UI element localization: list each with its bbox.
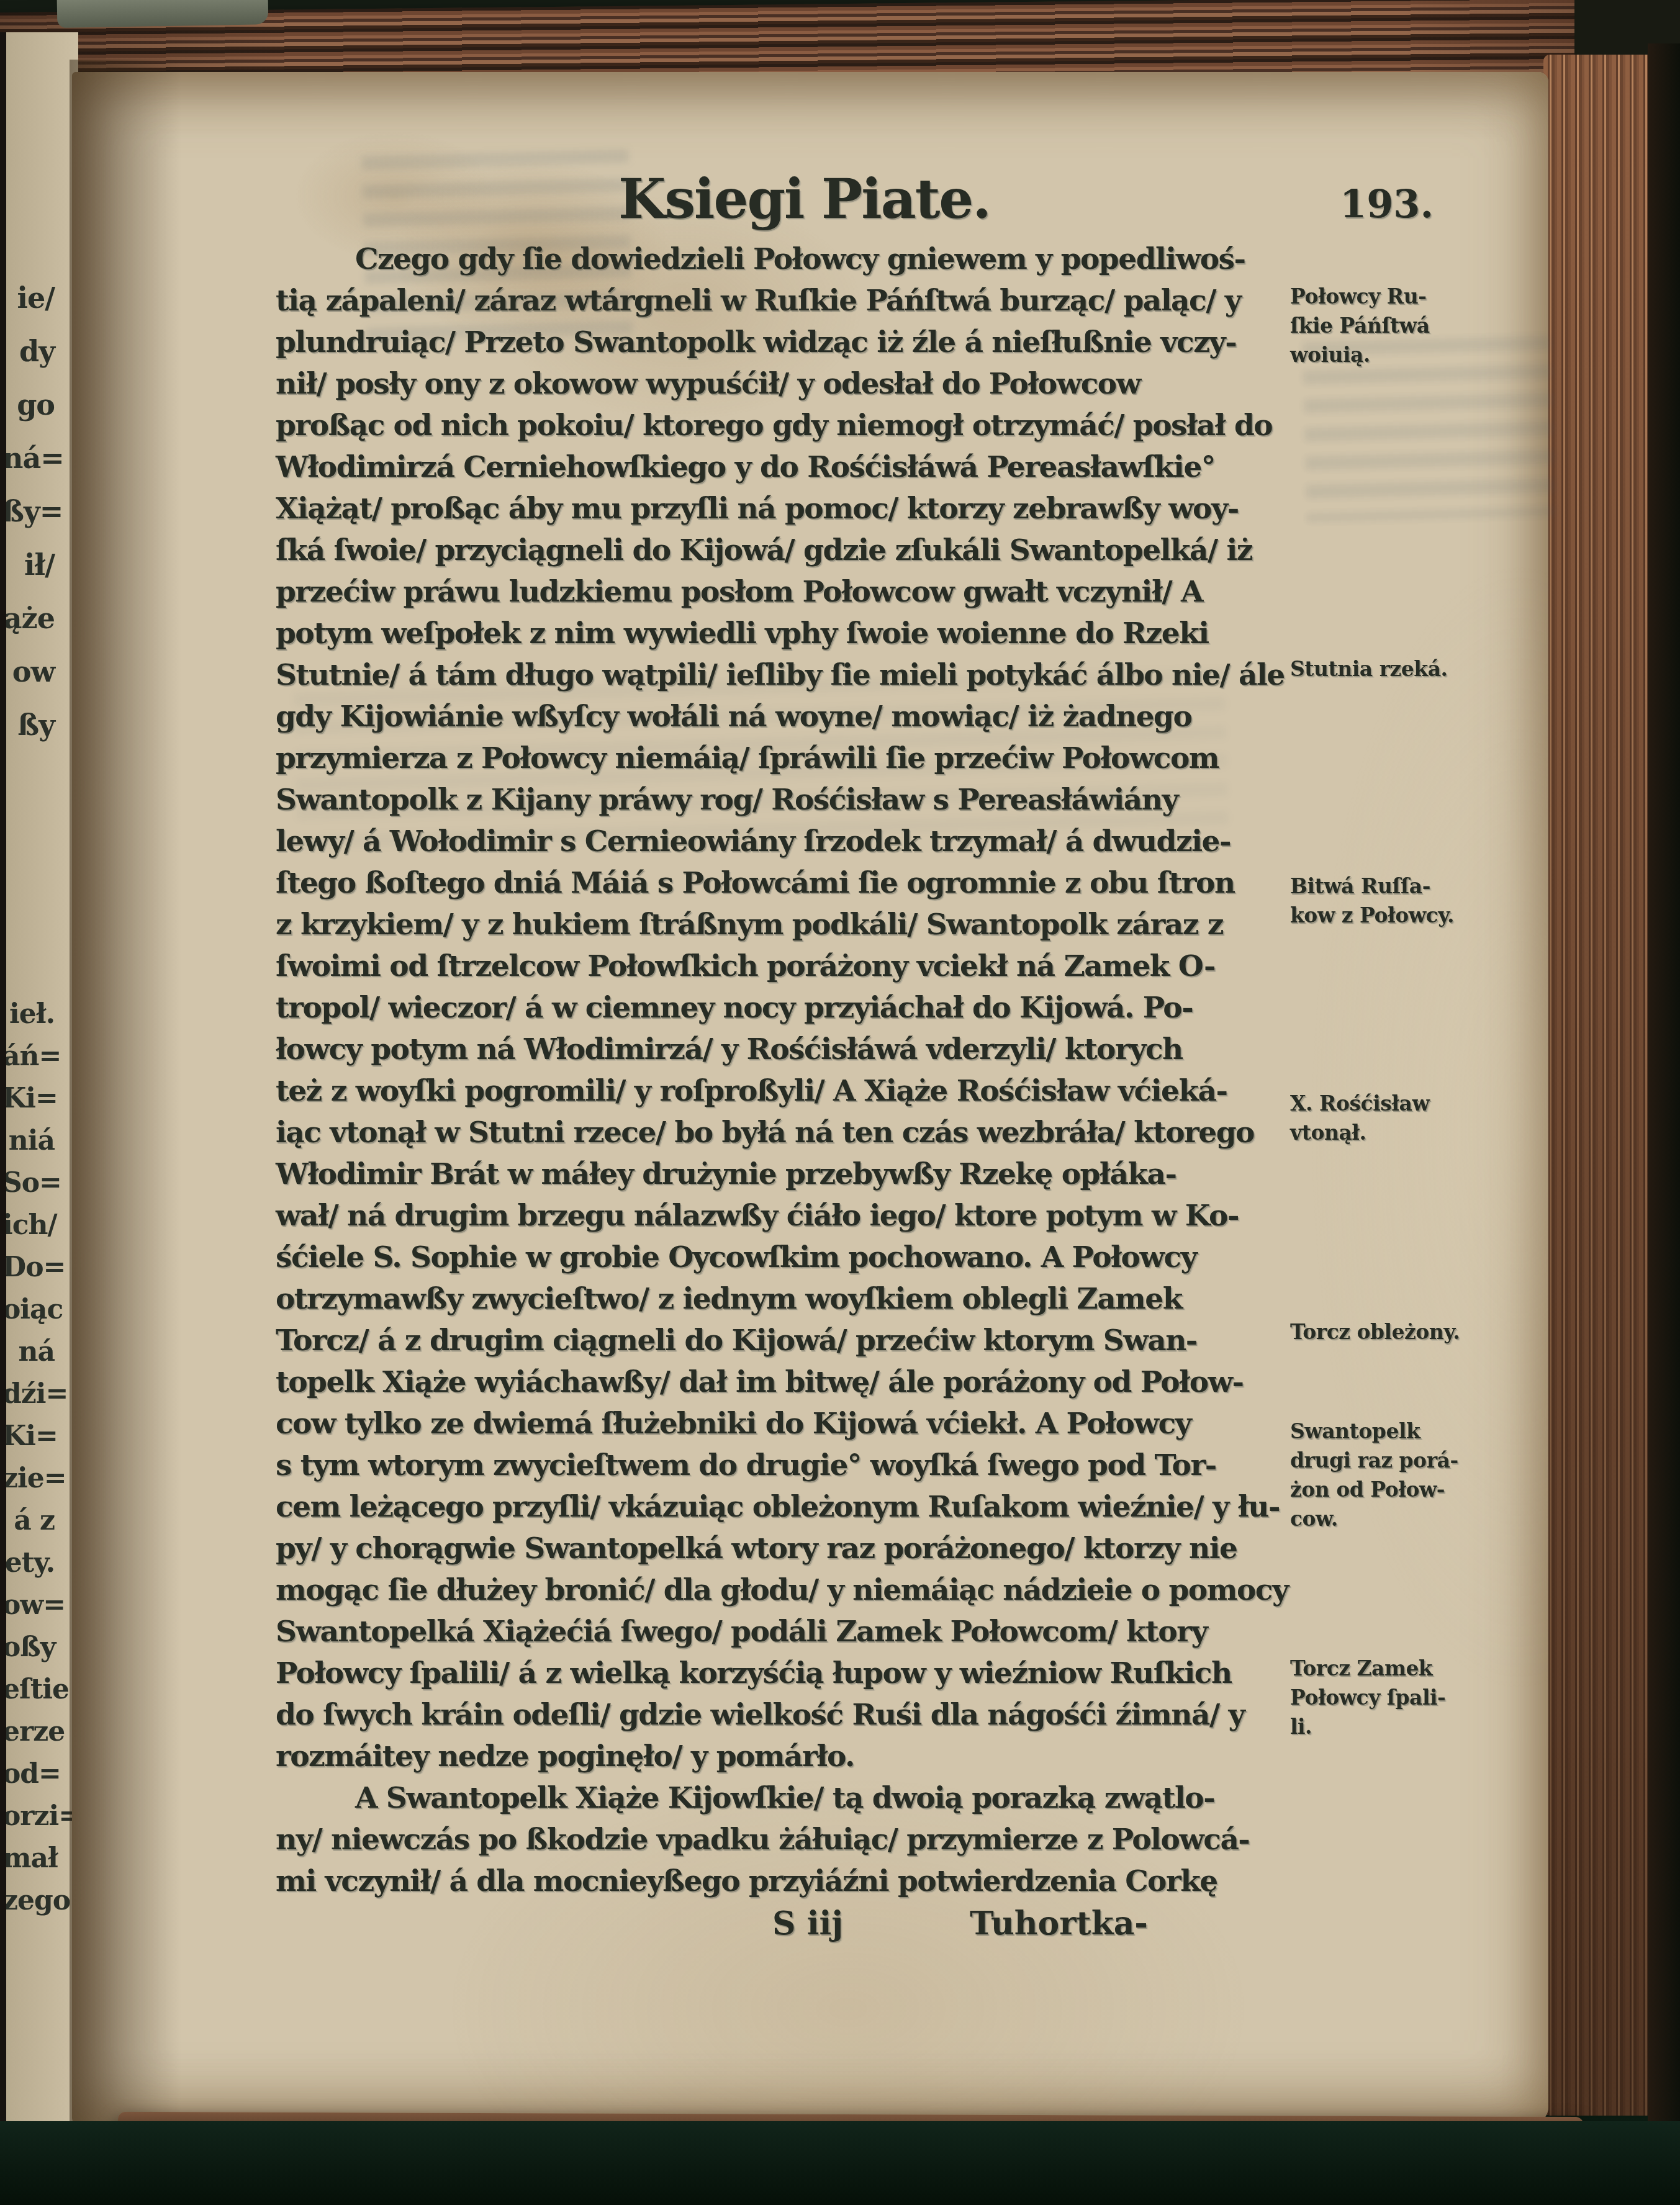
facing-page-text-fragment: ich/ (2, 1204, 55, 1247)
facing-page-text-fragment: zie= (2, 1458, 55, 1500)
facing-page-text-fragment: oßy (2, 1626, 55, 1669)
page-number: 193. (1340, 181, 1434, 227)
body-text-line: wał/ ná drugim brzegu nálazwßy ćiáło ieg… (276, 1195, 1300, 1237)
facing-page-text-fragment: Ki= (2, 1078, 55, 1120)
facing-page-text-fragment: mał (2, 1837, 55, 1880)
margin-note: Połowcy Ru- ſkie Páńſtwá woiuią. (1290, 282, 1588, 369)
margin-note-line: Swantopelk (1290, 1417, 1588, 1446)
facing-page-text-fragment: ieł. (2, 993, 55, 1035)
margin-note-line: Połowcy ſpali- (1290, 1683, 1588, 1712)
body-text-line: mi vczynił/ á dla mocnieyßego przyiáźni … (276, 1860, 1300, 1902)
facing-page-text-fragment: Do= (2, 1247, 55, 1289)
facing-page-text-fragments-upper: ie/ dy go ná= ßy= ił/ ąże ow ßy (2, 271, 55, 752)
margin-note-line: żon od Połow- (1290, 1475, 1588, 1504)
facing-page-text-fragment: á z (2, 1500, 55, 1542)
body-text-line: przymierza z Połowcy niemáią/ ſpráwili ſ… (276, 737, 1300, 779)
margin-note-line: X. Rośćisław (1290, 1089, 1588, 1118)
body-text-line: przećiw práwu ludzkiemu posłom Połowcow … (276, 571, 1300, 613)
facing-page-text-fragment: ił/ (2, 538, 55, 592)
body-text-line: py/ y chorągwie Swantopelká wtory raz po… (276, 1528, 1300, 1569)
body-text-line: ny/ niewczás po ßkodzie vpadku żáłuiąc/ … (276, 1819, 1300, 1860)
body-text: Czego gdy ſie dowiedzieli Połowcy gniewe… (276, 238, 1300, 1902)
margin-note-line: Torcz Zamek (1290, 1654, 1588, 1683)
facing-page-text-fragment: od= (2, 1753, 55, 1795)
facing-page-text-fragment: ety. (2, 1542, 55, 1584)
margin-note: Torcz Zamek Połowcy ſpali- li. (1290, 1654, 1588, 1741)
body-text-line: lewy/ á Wołodimir s Cernieowiány ſrzodek… (276, 821, 1300, 862)
facing-page-text-fragment: ná (2, 1331, 55, 1373)
margin-note: Torcz obleżony. (1290, 1317, 1588, 1346)
facing-page-text-fragment: ąże (2, 592, 55, 645)
signature-mark: S iij (772, 1905, 843, 1942)
body-text-line: Xiążąt/ proßąc áby mu przyſli ná pomoc/ … (276, 488, 1300, 530)
margin-note: Bitwá Ruſſa- kow z Połowcy. (1290, 872, 1588, 930)
facing-page-text-fragment: go (2, 378, 55, 431)
margin-note-line: Torcz obleżony. (1290, 1317, 1588, 1346)
body-text-line: ſwoimi od ſtrzelcow Połowſkich poráżony … (276, 945, 1300, 987)
margin-note-line: Stutnia rzeká. (1290, 654, 1588, 683)
facing-page-text-fragment: ßy= (2, 485, 55, 538)
margin-note-line: cow. (1290, 1504, 1588, 1533)
facing-page-text-fragment: eſtie (2, 1669, 55, 1711)
facing-page-text-fragment: zego (2, 1880, 55, 1922)
body-text-line: śćiele S. Sophie w grobie Oycowſkim poch… (276, 1237, 1300, 1278)
facing-page-text-fragment: orzi= (2, 1795, 55, 1837)
facing-page-text-fragments-lower: ieł. áń= Ki= niá So= ich/ Do= oiąc ná dź… (2, 993, 55, 1922)
facing-page-text-fragment: Ki= (2, 1415, 55, 1458)
catchword: Tuhortka- (970, 1905, 1148, 1942)
facing-page-text-fragment: áń= (2, 1035, 55, 1078)
margin-note-line: ſkie Páńſtwá (1290, 311, 1588, 340)
margin-note-line: woiuią. (1290, 340, 1588, 369)
body-text-line: nił/ posły ony z okowow wypuśćił/ y odes… (276, 363, 1300, 405)
margin-note-line: li. (1290, 1712, 1588, 1741)
margin-note: X. Rośćisław vtonął. (1290, 1089, 1588, 1147)
body-text-line: topelk Xiąże wyiáchawßy/ dał im bitwę/ á… (276, 1361, 1300, 1403)
facing-page-text-fragment: dźi= (2, 1373, 55, 1415)
body-text-line: cow tylko ze dwiemá ſłużebniki do Kijowá… (276, 1403, 1300, 1445)
body-text-line: s tym wtorym zwycieſtwem do drugie° woyſ… (276, 1445, 1300, 1486)
facing-page-text-fragment: ie/ (2, 271, 55, 325)
body-text-line: plundruiąc/ Przeto Swantopolk widząc iż … (276, 322, 1300, 363)
body-text-line: mogąc ſie dłużey bronić/ dla głodu/ y ni… (276, 1569, 1300, 1611)
body-text-line: iąc vtonął w Stutni rzece/ bo byłá ná te… (276, 1112, 1300, 1153)
body-text-line: do ſwych kráin odeſli/ gdzie wielkość Ru… (276, 1694, 1300, 1736)
facing-page-text-fragment: ow= (2, 1584, 55, 1626)
body-text-line: Swantopelká Xiążećiá ſwego/ podáli Zamek… (276, 1611, 1300, 1653)
body-text-line: tią zápaleni/ záraz wtárgneli w Ruſkie P… (276, 280, 1300, 322)
body-text-line: rozmáitey nedze poginęło/ y pomárło. (276, 1736, 1300, 1777)
body-text-line: łowcy potym ná Włodimirzá/ y Rośćisłáwá … (276, 1029, 1300, 1070)
body-text-line: potym weſpołek z nim wywiedli vphy ſwoie… (276, 613, 1300, 654)
background-bottom (0, 2121, 1680, 2205)
body-text-line: cem leżącego przyſli/ vkázuiąc obleżonym… (276, 1486, 1300, 1528)
body-text-line: też z woyſki pogromili/ y roſproßyli/ A … (276, 1070, 1300, 1112)
facing-page-text-fragment: ná= (2, 431, 55, 485)
body-text-line: ſká ſwoie/ przyciągneli do Kijowá/ gdzie… (276, 530, 1300, 571)
facing-page-text-fragment: oiąc (2, 1289, 55, 1331)
body-text-line: A Swantopelk Xiąże Kijowſkie/ tą dwoią p… (276, 1777, 1300, 1819)
facing-page-text-fragment: niá (2, 1120, 55, 1162)
body-text-line: ſtego ßoſtego dniá Máiá s Połowcámi ſie … (276, 862, 1300, 904)
margin-note: Stutnia rzeká. (1290, 654, 1588, 683)
margin-note: Swantopelk drugi raz porá- żon od Połow-… (1290, 1417, 1588, 1533)
body-text-line: Swantopolk z Kijany práwy rog/ Rośćisław… (276, 779, 1300, 821)
body-text-line: Włodimir Brát w máłey drużynie przebywßy… (276, 1153, 1300, 1195)
margin-note-line: Bitwá Ruſſa- (1290, 872, 1588, 901)
margin-note-line: kow z Połowcy. (1290, 901, 1588, 930)
book-page: Ksiegi Piate. 193. Czego gdy ſie dowiedz… (72, 72, 1548, 2124)
margin-note-line: Połowcy Ru- (1290, 282, 1588, 311)
facing-page-text-fragment: So= (2, 1162, 55, 1204)
body-text-line: z krzykiem/ y z hukiem ſtráßnym podkáli/… (276, 904, 1300, 945)
body-text-line: Włodimirzá Cerniehowſkiego y do Rośćisłá… (276, 446, 1300, 488)
body-text-line: Połowcy ſpalili/ á z wielką korzyśćią łu… (276, 1653, 1300, 1694)
book-scan-photo: ie/ dy go ná= ßy= ił/ ąże ow ßy ieł. áń=… (0, 0, 1680, 2205)
facing-page-edge: ie/ dy go ná= ßy= ił/ ąże ow ßy ieł. áń=… (0, 32, 78, 2148)
body-text-line: Czego gdy ſie dowiedzieli Połowcy gniewe… (276, 238, 1300, 280)
body-text-line: Stutnie/ á tám długo wątpili/ ieſliby ſi… (276, 654, 1300, 696)
facing-page-text-fragment: ow (2, 645, 55, 698)
book-cover-corner (57, 0, 269, 28)
body-text-line: proßąc od nich pokoiu/ ktorego gdy niemo… (276, 405, 1300, 446)
body-text-line: otrzymawßy zwycieſtwo/ z iednym woyſkiem… (276, 1278, 1300, 1320)
facing-page-text-fragment: ßy (2, 698, 55, 752)
body-text-line: gdy Kijowiánie wßyſcy wołáli ná woyne/ m… (276, 696, 1300, 737)
margin-note-line: vtonął. (1290, 1118, 1588, 1147)
background-right (1648, 43, 1680, 2205)
body-text-line: Torcz/ á z drugim ciągneli do Kijowá/ pr… (276, 1320, 1300, 1361)
running-header: Ksiegi Piate. (618, 166, 990, 231)
facing-page-text-fragment: erze (2, 1711, 55, 1753)
body-text-line: tropol/ wieczor/ á w ciemney nocy przyiá… (276, 987, 1300, 1029)
facing-page-text-fragment: dy (2, 325, 55, 378)
margin-note-line: drugi raz porá- (1290, 1446, 1588, 1475)
